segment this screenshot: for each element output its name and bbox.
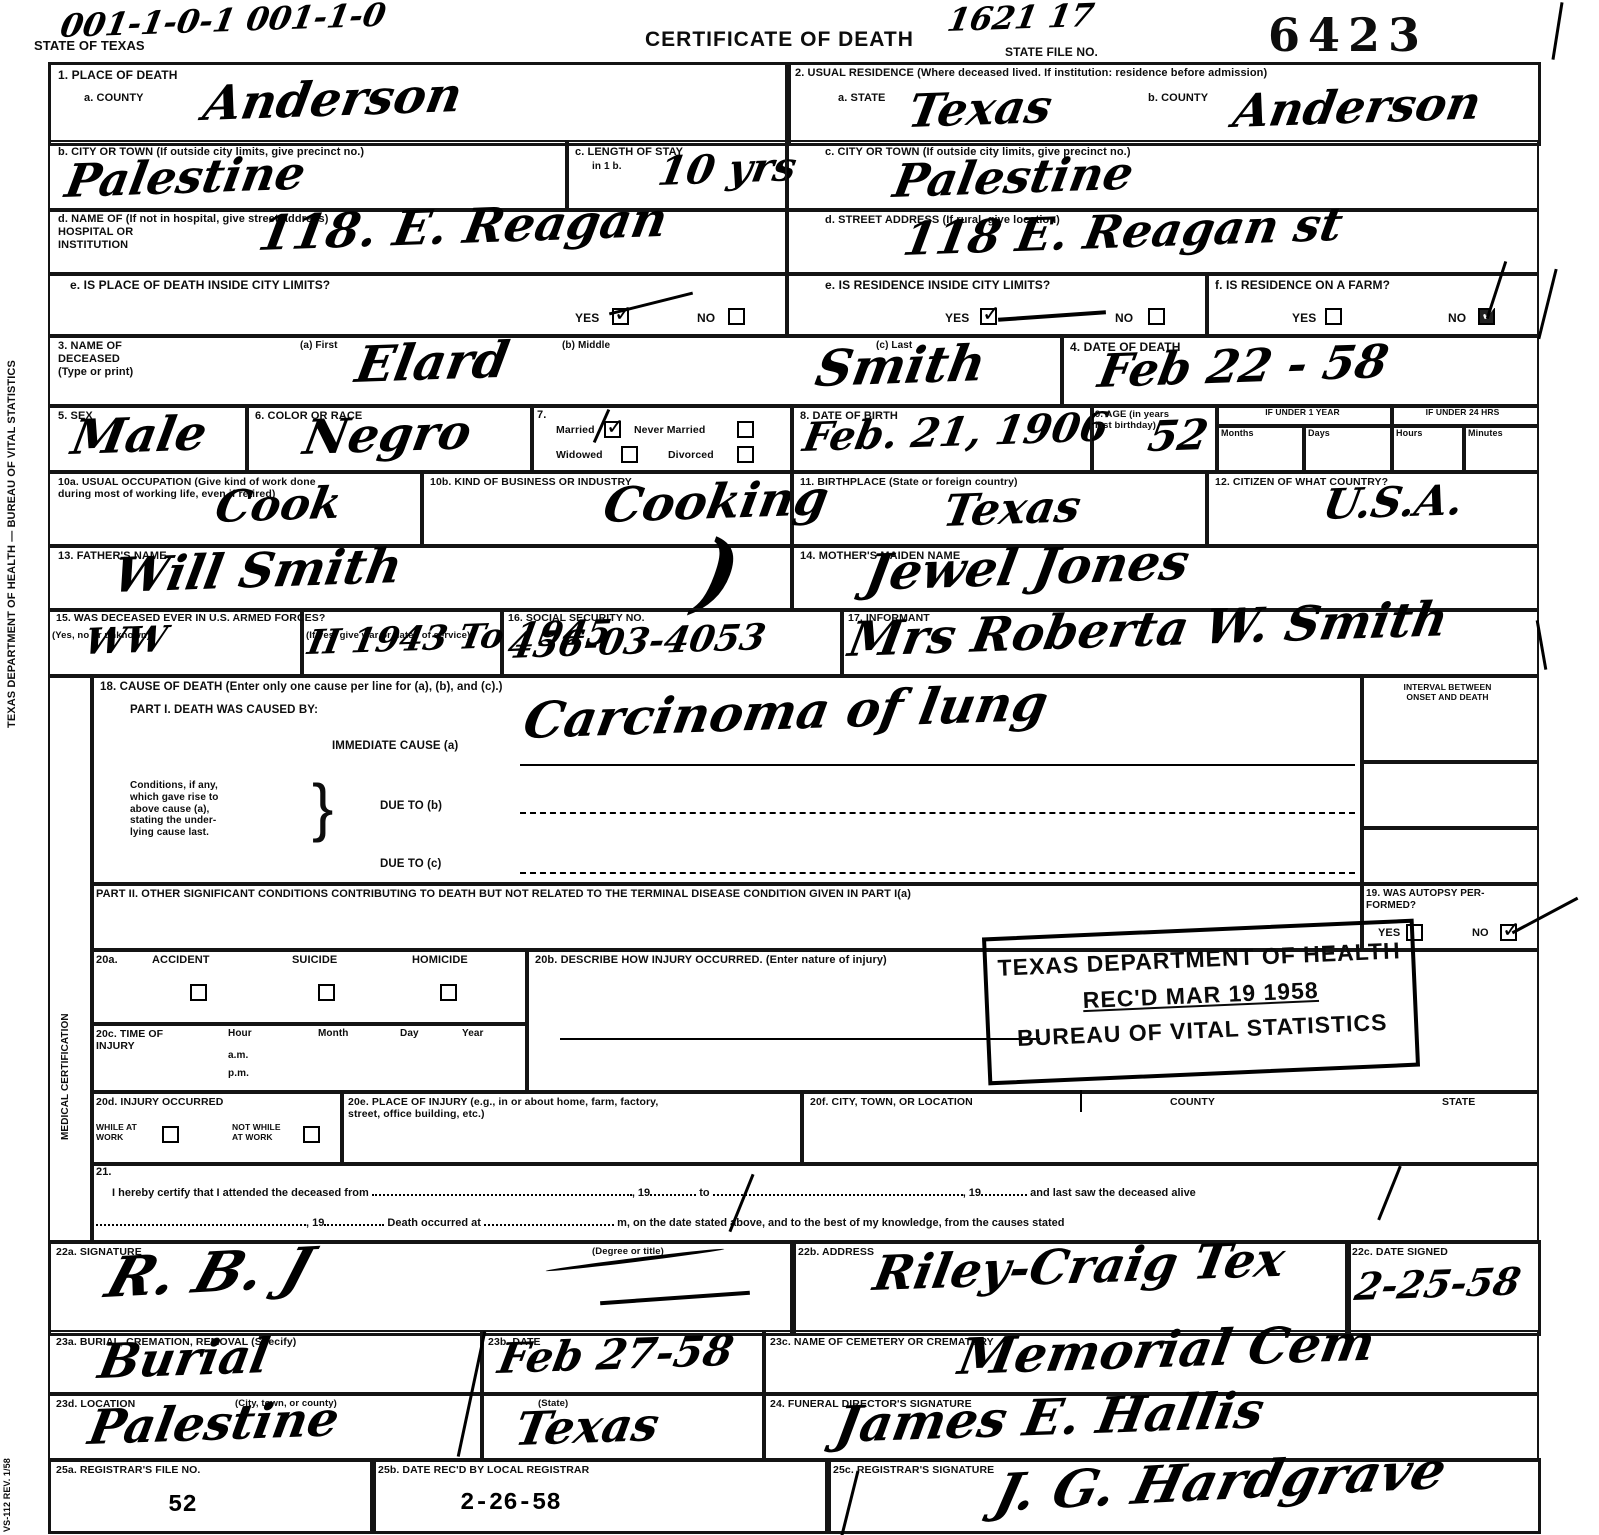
cert-text-1: I hereby certify that I attended the dec…: [112, 1187, 369, 1199]
residence-farm-yes-label: YES: [1292, 311, 1316, 325]
dept-vertical-label: TEXAS DEPARTMENT OF HEALTH — BUREAU OF V…: [6, 168, 19, 728]
column-tick: [1080, 1090, 1082, 1112]
residence-limits-no-checkbox: [1148, 308, 1165, 325]
time-of-injury-label: 20c. TIME OF INJURY: [96, 1028, 163, 1053]
last-name-value: Smith: [812, 338, 989, 394]
date-signed-label: 22c. DATE SIGNED: [1352, 1246, 1448, 1258]
registrar-date-value: 2-26-58: [460, 1490, 561, 1517]
death-limits-no-checkbox: [728, 308, 745, 325]
divorced-checkbox: [737, 446, 754, 463]
burial-state-value: Texas: [512, 1401, 662, 1452]
residence-limits-yes-checkbox: ✓: [980, 308, 997, 325]
marital-section-label: 7.: [537, 409, 546, 422]
armed-forces-answer: WW: [82, 621, 170, 660]
due-to-b-label: DUE TO (b): [380, 800, 442, 814]
cert-text-2: , 19: [632, 1187, 650, 1199]
place-of-injury-label: 20e. PLACE OF INJURY (e.g., in or about …: [348, 1096, 658, 1121]
state-file-number: 6423: [1268, 8, 1428, 62]
death-certificate-scan: 001-1-0-1 001-1-0 STATE OF TEXAS CERTIFI…: [0, 0, 1599, 1535]
cert-text-3: to: [699, 1187, 709, 1199]
form-revision-label: VS-112 REV. 1/58: [2, 1392, 13, 1532]
part2-label: PART II. OTHER SIGNIFICANT CONDITIONS CO…: [96, 888, 1336, 901]
burial-date-value: Feb 27-58: [495, 1330, 737, 1380]
length-of-stay-sublabel: in 1 b.: [592, 161, 622, 173]
burial-value: Burial: [95, 1332, 273, 1386]
due-to-b-line: [520, 760, 1355, 814]
how-injury-occurred-label: 20b. DESCRIBE HOW INJURY OCCURRED. (Ente…: [535, 954, 887, 967]
ssn-value: 456-03-4053: [505, 619, 768, 664]
never-married-label: Never Married: [634, 424, 705, 436]
autopsy-label: 19. WAS AUTOPSY PER- FORMED?: [1366, 888, 1485, 912]
not-while-at-work-checkbox: [303, 1126, 320, 1143]
medical-certification-label: MEDICAL CERTIFICATION: [60, 860, 72, 1140]
month-label: Month: [318, 1028, 349, 1040]
interval-label: INTERVAL BETWEEN ONSET AND DEATH: [1360, 682, 1535, 702]
state-of-texas-label: STATE OF TEXAS: [34, 38, 145, 53]
marital-status-cell: [530, 404, 794, 474]
date-of-birth-value: Feb. 21, 1906: [800, 407, 1111, 458]
hospital-value: 118. E. Reagan: [255, 196, 671, 258]
am-label: a.m.: [228, 1050, 248, 1062]
injury-county-label: COUNTY: [1170, 1096, 1215, 1108]
married-label: Married: [556, 424, 595, 436]
residence-farm-label: f. IS RESIDENCE ON A FARM?: [1215, 278, 1390, 292]
residence-city-value: Palestine: [890, 150, 1137, 204]
scan-artifact: [1551, 2, 1563, 60]
widowed-label: Widowed: [556, 449, 603, 461]
first-name-label: (a) First: [300, 340, 338, 352]
injury-type-label: 20a.: [96, 954, 118, 967]
suicide-checkbox: [318, 984, 335, 1001]
physician-address-label: 22b. ADDRESS: [798, 1246, 874, 1258]
days-label: Days: [1308, 428, 1330, 439]
conditions-note: Conditions, if any, which gave rise to a…: [130, 780, 219, 839]
while-at-work-label: WHILE AT WORK: [96, 1122, 137, 1142]
cert-text-7: Death occurred at: [387, 1217, 481, 1229]
cemetery-value: Memorial Cem: [955, 1318, 1379, 1382]
suicide-label: SUICIDE: [292, 954, 337, 967]
residence-limits-label: e. IS RESIDENCE INSIDE CITY LIMITS?: [825, 278, 1050, 292]
day-label: Day: [400, 1028, 419, 1040]
certification-line-1: I hereby certify that I attended the dec…: [112, 1184, 1196, 1199]
sex-value: Male: [68, 409, 210, 462]
state-file-no-handwritten: 1621 17: [945, 0, 1096, 36]
widowed-checkbox: [621, 446, 638, 463]
middle-name-label: (b) Middle: [562, 340, 610, 352]
age-value: 52: [1145, 414, 1211, 458]
part1-label: PART I. DEATH WAS CAUSED BY:: [130, 704, 318, 718]
divorced-label: Divorced: [668, 449, 714, 461]
armed-forces-label: 15. WAS DECEASED EVER IN U.S. ARMED FORC…: [56, 612, 325, 624]
accident-checkbox: [190, 984, 207, 1001]
industry-label: 10b. KIND OF BUSINESS OR INDUSTRY: [430, 476, 632, 488]
hours-label: Hours: [1396, 428, 1423, 439]
interval-cell-b: [1360, 760, 1539, 830]
death-city-limits-label: e. IS PLACE OF DEATH INSIDE CITY LIMITS?: [70, 278, 330, 292]
received-stamp: TEXAS DEPARTMENT OF HEALTH REC'D MAR 19 …: [982, 919, 1420, 1086]
certificate-title: CERTIFICATE OF DEATH: [645, 28, 914, 53]
residence-limits-no-label: NO: [1115, 311, 1133, 325]
cause-of-death-label: 18. CAUSE OF DEATH (Enter only one cause…: [100, 681, 503, 695]
cert-text-4: , 19: [963, 1187, 981, 1199]
father-name-value: Will Smith: [110, 542, 406, 600]
color-race-value: Negro: [300, 408, 475, 462]
never-married-checkbox: [737, 421, 754, 438]
street-address-value: 118 E. Reagan st: [900, 201, 1346, 262]
injury-city-label: 20f. CITY, TOWN, OR LOCATION: [810, 1096, 973, 1108]
minutes-label: Minutes: [1468, 428, 1503, 439]
residence-county-label: b. COUNTY: [1148, 92, 1208, 105]
place-of-death-label: 1. PLACE OF DEATH: [58, 68, 178, 82]
interval-cell-c: [1360, 826, 1539, 886]
death-county-label: a. COUNTY: [84, 92, 144, 105]
cert-text-5: and last saw the deceased alive: [1030, 1187, 1196, 1199]
death-city-value: Palestine: [62, 150, 309, 204]
injury-state-label: STATE: [1442, 1096, 1475, 1108]
length-of-stay-value: 10 yrs: [655, 147, 799, 192]
mother-name-value: Jewel Jones: [862, 537, 1193, 598]
handwritten-codes: 001-1-0-1 001-1-0: [58, 0, 388, 42]
homicide-checkbox: [440, 984, 457, 1001]
name-of-deceased-label: 3. NAME OF DECEASED (Type or print): [58, 340, 133, 379]
accident-label: ACCIDENT: [152, 954, 210, 967]
registrar-file-value: 52: [168, 1492, 197, 1519]
residence-county-value: Anderson: [1230, 79, 1485, 134]
under-24-hrs-label: IF UNDER 24 HRS: [1390, 407, 1535, 417]
months-label: Months: [1221, 428, 1254, 439]
certification-cell: [90, 1162, 1539, 1244]
residence-farm-yes-checkbox: [1325, 308, 1342, 325]
state-file-no-label: STATE FILE NO.: [1005, 45, 1098, 59]
citizen-value: U.S.A.: [1320, 479, 1466, 526]
while-at-work-checkbox: [162, 1126, 179, 1143]
year-label: Year: [462, 1028, 484, 1040]
occupation-value: Cook: [212, 482, 345, 530]
homicide-label: HOMICIDE: [412, 954, 468, 967]
birthplace-value: Texas: [940, 485, 1084, 534]
physician-signature-value: R. B. J: [100, 1240, 319, 1306]
married-checkbox: ✓: [604, 421, 621, 438]
death-limits-yes-label: YES: [575, 311, 599, 325]
autopsy-no-label: NO: [1472, 927, 1489, 940]
death-county-value: Anderson: [200, 71, 466, 128]
pm-label: p.m.: [228, 1068, 249, 1080]
physician-address-value: Riley-Craig Tex: [870, 1236, 1288, 1298]
residence-state-value: Texas: [905, 83, 1055, 134]
injury-occurred-label: 20d. INJURY OCCURRED: [96, 1096, 223, 1108]
first-name-value: Elard: [352, 335, 513, 390]
under-1-year-label: IF UNDER 1 YEAR: [1215, 407, 1390, 417]
conditions-brace: }: [312, 770, 333, 846]
cert-text-8: m, on the date stated above, and to the …: [617, 1217, 1064, 1229]
registrar-file-label: 25a. REGISTRAR'S FILE NO.: [56, 1464, 200, 1476]
hour-label: Hour: [228, 1028, 252, 1040]
registrar-date-label: 25b. DATE REC'D BY LOCAL REGISTRAR: [378, 1464, 589, 1476]
cert-text-6: , 19: [306, 1217, 324, 1229]
residence-state-label: a. STATE: [838, 92, 885, 105]
certification-number: 21.: [96, 1166, 112, 1179]
residence-limits-yes-label: YES: [945, 311, 969, 325]
due-to-c-label: DUE TO (c): [380, 858, 442, 872]
not-while-at-work-label: NOT WHILE AT WORK: [232, 1122, 281, 1142]
injury-writing-line: [560, 990, 1040, 1040]
scan-artifact: [1537, 269, 1557, 340]
funeral-director-value: James E. Hallis: [832, 1385, 1268, 1450]
burial-location-value: Palestine: [85, 1395, 343, 1452]
certification-line-2: , 19 Death occurred at m, on the date st…: [96, 1214, 1065, 1229]
date-signed-value: 2-25-58: [1352, 1262, 1524, 1306]
immediate-cause-label: IMMEDIATE CAUSE (a): [332, 740, 458, 754]
date-of-death-value: Feb 22 - 58: [1095, 338, 1392, 394]
residence-farm-no-label: NO: [1448, 311, 1466, 325]
due-to-c-line: [520, 820, 1355, 874]
death-limits-no-label: NO: [697, 311, 715, 325]
